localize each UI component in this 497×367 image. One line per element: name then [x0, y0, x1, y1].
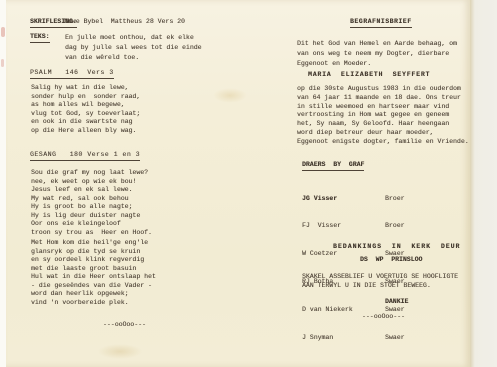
pallbearer-relation: Broer [385, 221, 405, 230]
text-line: Jesus leef en ek sal lewe. [31, 186, 152, 195]
hymn-verse3-lines: Met Hom kom die heil'ge eng'leglansryk o… [31, 239, 156, 307]
text-line: Hy is lig deur duister nagte [31, 212, 152, 221]
scanned-funeral-letter: SKRIFLESING: Nuwe Bybel Mattheus 28 Vers… [0, 0, 497, 367]
text-line: met die laaste groot basuin [31, 265, 156, 274]
text-line: Oor ons eie kleingeloof [31, 220, 152, 229]
text-line: Eggenoot en Moeder. [297, 59, 457, 69]
pallbearer-relation: Swaer [385, 333, 405, 342]
pallbearer-relation: Broer [385, 194, 405, 203]
text-line: en ook in die swartste nag [31, 118, 140, 127]
text-line: dag by julle sal wees tot die einde [65, 43, 202, 53]
pen-mark [1, 27, 5, 37]
psalm-verse-lines: Salig hy wat in die lewe,sonder hulp en … [31, 84, 140, 135]
text-line: en sy oordeel klink regverdig [31, 256, 156, 265]
text-line: van ons weg te neem my Dogter, dierbare [297, 49, 457, 59]
text-line: op die 30ste Augustus 1983 in die ouderd… [297, 85, 469, 94]
pen-mark [1, 59, 4, 67]
pallbearer-row: FJ Visser Broer [302, 221, 405, 230]
text-line: My wat red, sal ook behou [31, 195, 152, 204]
text-line: Hul wat in die Heer ontslaap het [31, 273, 156, 282]
text-line: van 64 jaar 11 maande en 18 dae. Ons tre… [297, 94, 469, 103]
pallbearers-heading: DRAERS BY GRAF [302, 161, 364, 171]
text-line: Eggenoot enigste dogter, familie en Vrie… [297, 138, 469, 147]
text-line: op die Here alleen bly wag. [31, 127, 140, 136]
text-line: Met Hom kom die heil'ge eng'le [31, 239, 156, 248]
text-line: in stille weemoed en hartseer maar vind [297, 103, 469, 112]
text-verse-label: TEKS: [30, 33, 50, 43]
text-line: vlug tot God, sy toeverlaat; [31, 110, 140, 119]
text-line: - die geseëndes van die Vader - [31, 282, 156, 291]
text-line: glansryk op die tyd se kruin [31, 248, 156, 257]
text-line: het, Sy naam, Sy Geloofd. Haar heengaan [297, 120, 469, 129]
psalm-heading: PSALM 146 Vers 3 [30, 69, 114, 79]
hymn-heading: GESANG 180 Verse 1 en 3 [30, 151, 140, 161]
hymn-verse1-lines: Sou die graf my nog laat lewe?nee, ek we… [31, 169, 152, 237]
right-separator: ---ooOoo--- [362, 313, 405, 322]
text-line: Sou die graf my nog laat lewe? [31, 169, 152, 178]
text-line: sonder hulp en sonder raad, [31, 93, 140, 102]
text-line: Hy is groot bo alle nagte; [31, 203, 152, 212]
pallbearer-name: JG Visser [302, 194, 385, 203]
obituary-lines: op die 30ste Augustus 1983 in die ouderd… [297, 85, 469, 147]
text-line: Dit het God van Hemel en Aarde behaag, o… [297, 39, 457, 49]
minister-name: DS WP PRINSLOO [360, 256, 422, 265]
text-line: nee, ek weet op wie ek bou! [31, 178, 152, 187]
pallbearer-row: J Snyman Swaer [302, 333, 405, 342]
deceased-name: MARIA ELIZABETH SEYFFERT [308, 71, 430, 80]
text-line: vertroosting in Hom wat gegee en geneem [297, 111, 469, 120]
pallbearer-row: JG Visser Broer [302, 194, 405, 203]
text-line: SKAKEL ASSEBLIEF U VOERTUIG SE HOOFLIGTE [302, 272, 458, 281]
pallbearer-name: FJ Visser [302, 221, 385, 230]
pallbearers-table: JG Visser Broer FJ Visser Broer W Coetze… [302, 175, 405, 361]
text-line: vind 'n voorbereide plek. [31, 299, 156, 308]
text-line: En julle moet onthou, dat ek elke [65, 33, 202, 43]
text-verse-lines: En julle moet onthou, dat ek elkedag by … [65, 33, 202, 64]
text-line: word diep betreur deur haar moeder, [297, 129, 469, 138]
headlights-notice-lines: SKAKEL ASSEBLIEF U VOERTUIG SE HOOFLIGTE… [302, 272, 458, 291]
scripture-reading-value: Nuwe Bybel Mattheus 28 Vers 20 [64, 18, 185, 27]
text-line: troon sy trou as Heer en Hoof. [31, 229, 152, 238]
paper-right-edge [470, 0, 497, 367]
text-line: van die wêreld toe. [65, 53, 202, 63]
left-separator: ---ooOoo--- [103, 321, 146, 330]
text-line: Salig hy wat in die lewe, [31, 84, 140, 93]
thank-you-line: DANKIE [385, 298, 408, 307]
funeral-letter-heading: BEGRAFNISBRIEF [350, 18, 412, 28]
intro-lines: Dit het God van Hemel en Aarde behaag, o… [297, 39, 457, 70]
pallbearer-name: J Snyman [302, 333, 385, 342]
church-thanks-line: BEDANKINGS IN KERK DEUR [333, 243, 460, 252]
text-line: AAN TERWYL U IN DIE STOET BEWEEG. [302, 281, 458, 290]
text-line: as hom alles wil begewe, [31, 101, 140, 110]
text-line: word dan heerlik opgewek; [31, 290, 156, 299]
